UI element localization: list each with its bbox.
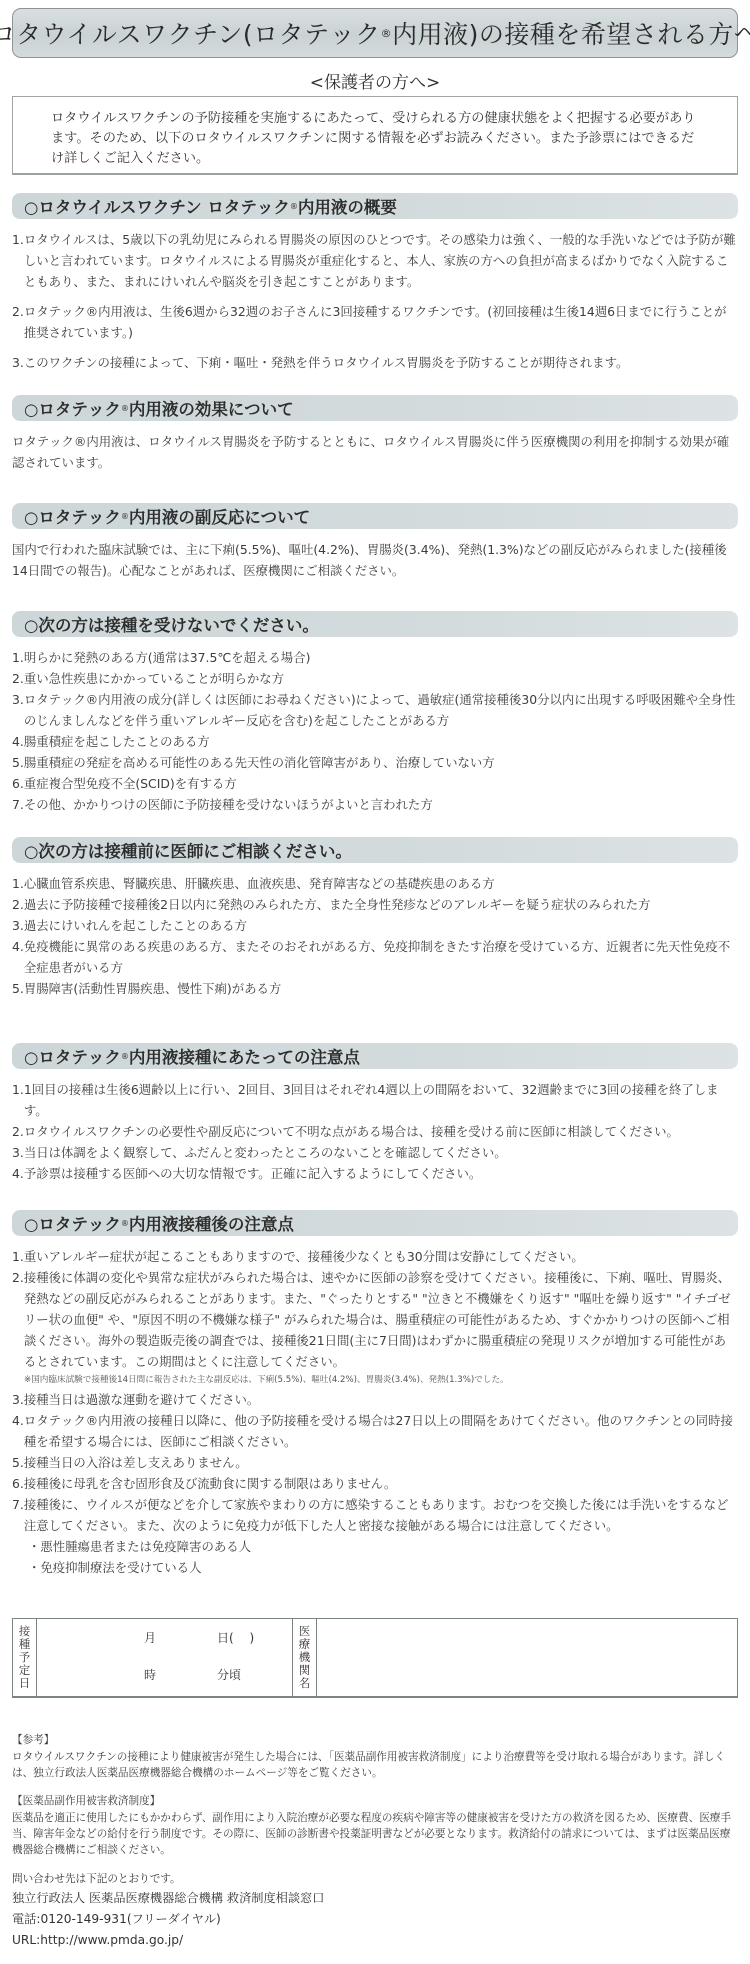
list-item: 2.過去に予防接種で接種後2日以内に発熱のみられた方、また全身性発疹などのアレル… [12, 894, 738, 915]
list-item: 4.ロタテック®内用液の接種日以降に、他の予防接種を受ける場合は27日以上の間隔… [12, 1410, 738, 1452]
item-number: 3. [12, 352, 24, 373]
paragraph: 国内で行われた臨床試験では、主に下痢(5.5%)、嘔吐(4.2%)、胃腸炎(3.… [12, 539, 738, 581]
section-precautions-after: ○ロタテック®内用液接種後の注意点 1.重いアレルギー症状が起こることもあります… [12, 1210, 738, 1578]
list-item: 2.重い急性疾患にかかっていることが明らかな方 [12, 668, 738, 689]
sub-item: ・免疫抑制療法を受けている人 [12, 1557, 738, 1578]
reference-heading: 【参考】 [12, 1732, 738, 1748]
sub-item: ・悪性腫瘍患者または免疫障害のある人 [12, 1536, 738, 1557]
item-number: 3. [12, 915, 24, 936]
section-heading: ○次の方は接種を受けないでください。 [12, 611, 738, 637]
item-text: このワクチンの接種によって、下痢・嘔吐・発熱を伴うロタウイルス胃腸炎を予防するこ… [24, 352, 738, 373]
item-text: 接種後に母乳を含む固形食及び流動食に関する制限はありません。 [24, 1473, 738, 1494]
section-contraindications: ○次の方は接種を受けないでください。 1.明らかに発熱のある方(通常は37.5℃… [12, 611, 738, 815]
item-number: 5. [12, 1452, 24, 1473]
list-item: 5.腸重積症の発症を高める可能性のある先天性の消化管障害があり、治療していない方 [12, 752, 738, 773]
item-text: 腸重積症の発症を高める可能性のある先天性の消化管障害があり、治療していない方 [24, 752, 738, 773]
item-number: 1. [12, 1079, 24, 1121]
label-char: 日 [19, 1677, 31, 1690]
item-text: ロタウイルスは、5歳以下の乳幼児にみられる胃腸炎の原因のひとつです。その感染力は… [24, 229, 738, 292]
scheduled-date-field[interactable]: 月 日( ) 時 分頃 [37, 1619, 293, 1696]
list-item: 3.接種当日は過激な運動を避けてください。 [12, 1389, 738, 1410]
list-item: 2.ロタウイルスワクチンの必要性や副反応について不明な点がある場合は、接種を受け… [12, 1121, 738, 1142]
heading-text: 内用液の概要 [298, 194, 397, 218]
list-item: 6.重症複合型免疫不全(SCID)を有する方 [12, 773, 738, 794]
item-number: 2. [12, 1121, 24, 1142]
item-text: 明らかに発熱のある方(通常は37.5℃を超える場合) [24, 647, 738, 668]
item-text: ロタウイルスワクチンの必要性や副反応について不明な点がある場合は、接種を受ける前… [24, 1121, 738, 1142]
institution-name-label: 医 療 機 関 名 [293, 1619, 317, 1696]
list-item: 1.ロタウイルスは、5歳以下の乳幼児にみられる胃腸炎の原因のひとつです。その感染… [12, 229, 738, 292]
hour-label: 時 [144, 1666, 156, 1683]
registered-mark: ® [121, 404, 129, 413]
item-text: 接種後に、ウイルスが便などを介して家族やまわりの方に感染することもあります。おむ… [24, 1494, 738, 1536]
item-text: 重症複合型免疫不全(SCID)を有する方 [24, 773, 738, 794]
footnote: ※国内臨床試験で接種後14日間に報告された主な副反応は、下痢(5.5%)、嘔吐(… [12, 1372, 738, 1389]
item-number: 4. [12, 1410, 24, 1452]
day-label: 日( ) [217, 1629, 254, 1646]
vaccination-schedule-form: 接 種 予 定 日 月 日( ) 時 分頃 医 療 機 関 名 [12, 1618, 738, 1698]
item-text: 予診票は接種する医師への大切な情報です。正確に記入するようにしてください。 [24, 1163, 738, 1184]
list-item: 7.その他、かかりつけの医師に予防接種を受けないほうがよいと言われた方 [12, 794, 738, 815]
scheduled-date-label: 接 種 予 定 日 [13, 1619, 37, 1696]
registered-mark: ® [121, 512, 129, 521]
vaccine-info-document: ロタウイルスワクチン(ロタテック®内用液)の接種を希望される方へ <保護者の方へ… [0, 8, 750, 1951]
heading-text: 内用液の副反応について [129, 504, 310, 528]
list-item: 1.重いアレルギー症状が起こることもありますので、接種後少なくとも30分間は安静… [12, 1246, 738, 1267]
item-number: 3. [12, 689, 24, 731]
item-number: 4. [12, 731, 24, 752]
item-text: 心臓血管系疾患、腎臓疾患、肝臓疾患、血液疾患、発育障害などの基礎疾患のある方 [24, 873, 738, 894]
section-heading: ○ロタテック®内用液の副反応について [12, 503, 738, 529]
list-item: 5. 胃腸障害(活動性胃腸疾患、慢性下痢)がある方 [12, 978, 738, 999]
heading-text: ○ロタテック [24, 504, 121, 528]
item-text: 免疫機能に異常のある疾患のある方、またそのおそれがある方、免疫抑制をきたす治療を… [24, 936, 738, 978]
registered-mark: ® [121, 1052, 129, 1061]
item-text: その他、かかりつけの医師に予防接種を受けないほうがよいと言われた方 [24, 794, 738, 815]
section-heading: ○次の方は接種前に医師にご相談ください。 [12, 837, 738, 863]
title-text-after: 内用液)の接種を希望される方へ [392, 15, 750, 51]
item-number: 2. [12, 301, 24, 343]
item-text: 当日は体調をよく観察して、ふだんと変わったところのないことを確認してください。 [24, 1142, 738, 1163]
section-body: 1.心臓血管系疾患、腎臓疾患、肝臓疾患、血液疾患、発育障害などの基礎疾患のある方… [12, 863, 738, 999]
contact-url-link[interactable]: URL:http://www.pmda.go.jp/ [12, 1930, 738, 1951]
title-text-before: ロタウイルスワクチン(ロタテック [0, 15, 381, 51]
item-text: 1回目の接種は生後6週齢以上に行い、2回目、3回目はそれぞれ4週以上の間隔をおい… [24, 1079, 738, 1121]
label-char: 名 [299, 1677, 311, 1690]
list-item: 3.このワクチンの接種によって、下痢・嘔吐・発熱を伴うロタウイルス胃腸炎を予防す… [12, 352, 738, 373]
heading-text: 内用液の効果について [129, 396, 294, 420]
section-heading: ○ロタテック®内用液接種後の注意点 [12, 1210, 738, 1236]
list-item: 2.接種後に体調の変化や異常な症状がみられた場合は、速やかに医師の診察を受けてく… [12, 1267, 738, 1372]
section-heading: ○ロタテック®内用液接種にあたっての注意点 [12, 1043, 738, 1069]
list-item: 1.心臓血管系疾患、腎臓疾患、肝臓疾患、血液疾患、発育障害などの基礎疾患のある方 [12, 873, 738, 894]
contact-phone[interactable]: 電話:0120-149-931(フリーダイヤル) [12, 1909, 738, 1930]
item-text: 接種後に体調の変化や異常な症状がみられた場合は、速やかに医師の診察を受けてくださ… [24, 1267, 738, 1372]
item-text: ロタテック®内用液の成分(詳しくは医師にお尋ねください)によって、過敏症(通常接… [24, 689, 738, 731]
item-text: 重いアレルギー症状が起こることもありますので、接種後少なくとも30分間は安静にし… [24, 1246, 738, 1267]
section-body: 1.重いアレルギー症状が起こることもありますので、接種後少なくとも30分間は安静… [12, 1236, 738, 1578]
item-text: 過去にけいれんを起こしたことのある方 [24, 915, 738, 936]
item-number: 6. [12, 773, 24, 794]
item-number: 5. [12, 752, 24, 773]
heading-text: 内用液接種にあたっての注意点 [129, 1044, 360, 1068]
contact-organization: 独立行政法人 医薬品医療機器総合機構 救済制度相談窓口 [12, 1888, 738, 1909]
reference-text: ロタウイルスワクチンの接種により健康被害が発生した場合には、「医薬品副作用被害救… [12, 1749, 738, 1781]
item-text: 接種当日は過激な運動を避けてください。 [24, 1389, 738, 1410]
item-number: 2. [12, 894, 24, 915]
heading-text: ○ロタテック [24, 1044, 121, 1068]
item-text: 腸重積症を起こしたことのある方 [24, 731, 738, 752]
item-number: 1. [12, 647, 24, 668]
heading-text: ○ロタウイルスワクチン ロタテック [24, 194, 290, 218]
relief-heading: 【医薬品副作用被害救済制度】 [12, 1793, 738, 1809]
section-body: 1.ロタウイルスは、5歳以下の乳幼児にみられる胃腸炎の原因のひとつです。その感染… [12, 219, 738, 373]
heading-text: 内用液接種後の注意点 [129, 1211, 294, 1235]
contact-intro: 問い合わせ先は下記のとおりです。 [12, 1870, 738, 1888]
item-number: 4. [12, 936, 24, 978]
intro-box: ロタウイルスワクチンの予防接種を実施するにあたって、受けられる方の健康状態をよく… [12, 96, 738, 175]
registered-mark: ® [381, 27, 393, 40]
contact-section: 問い合わせ先は下記のとおりです。 独立行政法人 医薬品医療機器総合機構 救済制度… [12, 1870, 738, 1951]
relief-block: 【医薬品副作用被害救済制度】 医薬品を適正に使用したにもかかわらず、副作用により… [12, 1793, 738, 1858]
month-label: 月 [144, 1629, 156, 1646]
item-number: 1. [12, 229, 24, 292]
section-body: 1.1回目の接種は生後6週齢以上に行い、2回目、3回目はそれぞれ4週以上の間隔を… [12, 1069, 738, 1184]
item-text: 重い急性疾患にかかっていることが明らかな方 [24, 668, 738, 689]
item-number: 3. [12, 1142, 24, 1163]
minute-label: 分頃 [217, 1666, 241, 1683]
list-item: 3. 過去にけいれんを起こしたことのある方 [12, 915, 738, 936]
list-item: 4.腸重積症を起こしたことのある方 [12, 731, 738, 752]
list-item: 7.接種後に、ウイルスが便などを介して家族やまわりの方に感染することもあります。… [12, 1494, 738, 1536]
item-number: 1. [12, 1246, 24, 1267]
section-heading: ○ロタウイルスワクチン ロタテック®内用液の概要 [12, 193, 738, 219]
item-text: ロタテック®内用液は、生後6週から32週のお子さんに3回接種するワクチンです。(… [24, 301, 738, 343]
item-number: 6. [12, 1473, 24, 1494]
item-text: 胃腸障害(活動性胃腸疾患、慢性下痢)がある方 [24, 978, 738, 999]
list-item: 2.ロタテック®内用液は、生後6週から32週のお子さんに3回接種するワクチンです… [12, 301, 738, 343]
section-body: 国内で行われた臨床試験では、主に下痢(5.5%)、嘔吐(4.2%)、胃腸炎(3.… [12, 529, 738, 581]
item-number: 1. [12, 873, 24, 894]
list-item: 4. 免疫機能に異常のある疾患のある方、またそのおそれがある方、免疫抑制をきたす… [12, 936, 738, 978]
list-item: 5.接種当日の入浴は差し支えありません。 [12, 1452, 738, 1473]
audience-label: <保護者の方へ> [12, 68, 738, 90]
section-effects: ○ロタテック®内用液の効果について ロタテック®内用液は、ロタウイルス胃腸炎を予… [12, 395, 738, 473]
item-text: 過去に予防接種で接種後2日以内に発熱のみられた方、また全身性発疹などのアレルギー… [24, 894, 738, 915]
reference-section: 【参考】 ロタウイルスワクチンの接種により健康被害が発生した場合には、「医薬品副… [12, 1732, 738, 1858]
item-number: 5. [12, 978, 24, 999]
item-text: ロタテック®内用液の接種日以降に、他の予防接種を受ける場合は27日以上の間隔をあ… [24, 1410, 738, 1452]
list-item: 1.明らかに発熱のある方(通常は37.5℃を超える場合) [12, 647, 738, 668]
item-number: 3. [12, 1389, 24, 1410]
list-item: 4.予診票は接種する医師への大切な情報です。正確に記入するようにしてください。 [12, 1163, 738, 1184]
item-number: 4. [12, 1163, 24, 1184]
section-body: ロタテック®内用液は、ロタウイルス胃腸炎を予防するとともに、ロタウイルス胃腸炎に… [12, 421, 738, 473]
document-title: ロタウイルスワクチン(ロタテック®内用液)の接種を希望される方へ [12, 8, 738, 58]
institution-name-field[interactable] [317, 1619, 737, 1696]
section-consult-doctor: ○次の方は接種前に医師にご相談ください。 1.心臓血管系疾患、腎臓疾患、肝臓疾患… [12, 837, 738, 999]
heading-text: ○ロタテック [24, 1211, 121, 1235]
registered-mark: ® [121, 1219, 129, 1228]
reference-block: 【参考】 ロタウイルスワクチンの接種により健康被害が発生した場合には、「医薬品副… [12, 1732, 738, 1781]
section-precautions-before: ○ロタテック®内用液接種にあたっての注意点 1.1回目の接種は生後6週齢以上に行… [12, 1043, 738, 1184]
paragraph: ロタテック®内用液は、ロタウイルス胃腸炎を予防するとともに、ロタウイルス胃腸炎に… [12, 431, 738, 473]
section-overview: ○ロタウイルスワクチン ロタテック®内用液の概要 1.ロタウイルスは、5歳以下の… [12, 193, 738, 373]
registered-mark: ® [290, 202, 298, 211]
section-heading: ○ロタテック®内用液の効果について [12, 395, 738, 421]
item-number: 2. [12, 1267, 24, 1372]
list-item: 3.ロタテック®内用液の成分(詳しくは医師にお尋ねください)によって、過敏症(通… [12, 689, 738, 731]
section-side-effects: ○ロタテック®内用液の副反応について 国内で行われた臨床試験では、主に下痢(5.… [12, 503, 738, 581]
item-number: 2. [12, 668, 24, 689]
relief-text: 医薬品を適正に使用したにもかかわらず、副作用により入院治療が必要な程度の疾病や障… [12, 1810, 738, 1858]
list-item: 3.当日は体調をよく観察して、ふだんと変わったところのないことを確認してください… [12, 1142, 738, 1163]
list-item: 1.1回目の接種は生後6週齢以上に行い、2回目、3回目はそれぞれ4週以上の間隔を… [12, 1079, 738, 1121]
heading-text: ○ロタテック [24, 396, 121, 420]
item-text: 接種当日の入浴は差し支えありません。 [24, 1452, 738, 1473]
item-number: 7. [12, 794, 24, 815]
section-body: 1.明らかに発熱のある方(通常は37.5℃を超える場合) 2.重い急性疾患にかか… [12, 637, 738, 815]
list-item: 6.接種後に母乳を含む固形食及び流動食に関する制限はありません。 [12, 1473, 738, 1494]
item-number: 7. [12, 1494, 24, 1536]
